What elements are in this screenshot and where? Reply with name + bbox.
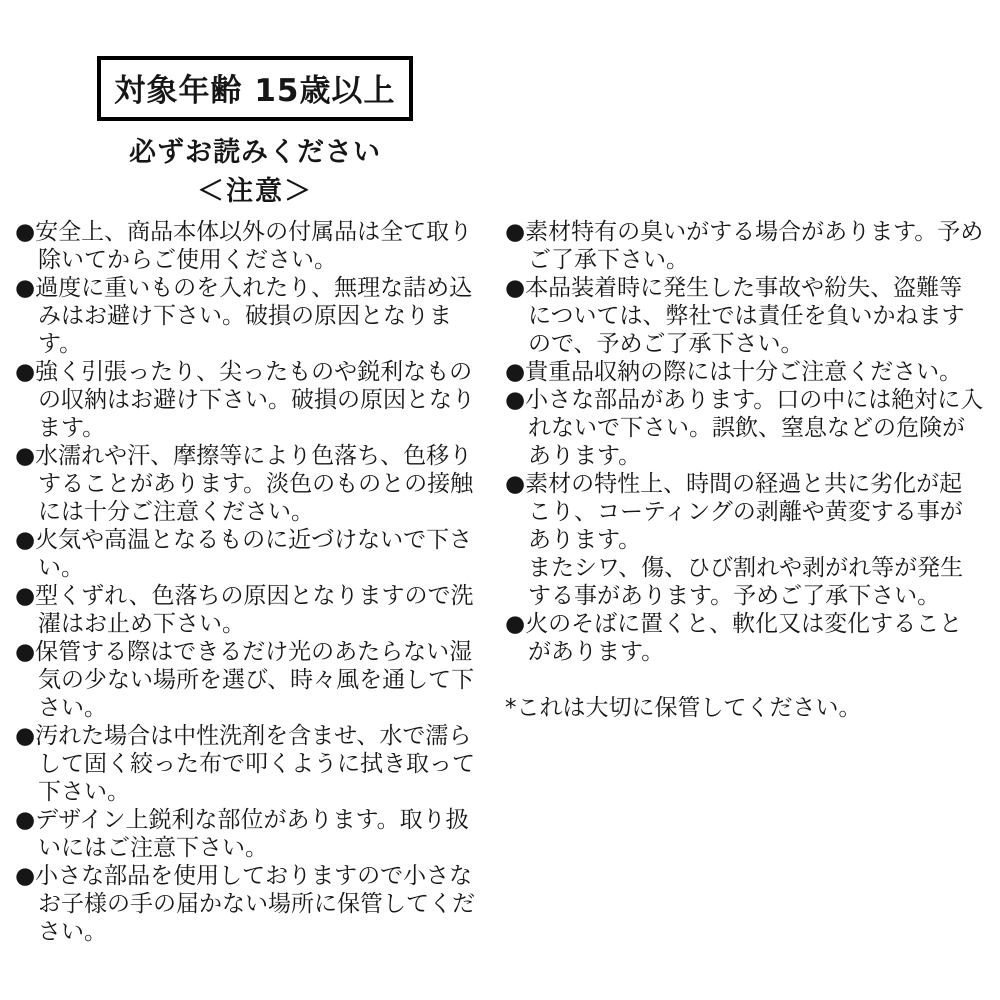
caution-item: ●素材特有の臭いがする場合があります。予めご了承下さい。 xyxy=(505,218,985,274)
caution-item: ●デザイン上鋭利な部位があります。取り扱いにはご注意下さい。 xyxy=(15,806,487,862)
caution-item: ●素材の特性上、時間の経過と共に劣化が起こり、コーティングの剥離や黄変する事があ… xyxy=(505,470,985,610)
caution-column-right: ●素材特有の臭いがする場合があります。予めご了承下さい。 ●本品装着時に発生した… xyxy=(505,218,985,946)
keep-safe-footnote: *これは大切に保管してください。 xyxy=(505,694,985,722)
caution-item: ●火のそばに置くと、軟化又は変化することがあります。 xyxy=(505,610,985,666)
caution-heading: ＜注意＞ xyxy=(0,169,510,208)
caution-item: ●火気や高温となるものに近づけないで下さい。 xyxy=(15,526,487,582)
caution-item: ●小さな部品を使用しておりますので小さなお子様の手の届かない場所に保管してくださ… xyxy=(15,862,487,946)
caution-item: ●保管する際はできるだけ光のあたらない湿気の少ない場所を選び、時々風を通して下さ… xyxy=(15,638,487,722)
caution-item: ●貴重品収納の際には十分ご注意ください。 xyxy=(505,358,985,386)
target-age-box: 対象年齢 15歳以上 xyxy=(97,56,414,121)
caution-item: ●小さな部品があります。口の中には絶対に入れないで下さい。誤飲、窒息などの危険が… xyxy=(505,386,985,470)
caution-item: ●型くずれ、色落ちの原因となりますので洗濯はお止め下さい。 xyxy=(15,582,487,638)
caution-label-page: 対象年齢 15歳以上 必ずお読みください ＜注意＞ ●安全上、商品本体以外の付属… xyxy=(0,0,1000,1000)
caution-column-left: ●安全上、商品本体以外の付属品は全て取り除いてからご使用ください。 ●過度に重い… xyxy=(15,218,487,946)
caution-columns: ●安全上、商品本体以外の付属品は全て取り除いてからご使用ください。 ●過度に重い… xyxy=(0,218,1000,946)
caution-item: ●汚れた場合は中性洗剤を含ませ、水で濡らして固く絞った布で叩くように拭き取って下… xyxy=(15,722,487,806)
caution-item: ●強く引張ったり、尖ったものや鋭利なものの収納はお避け下さい。破損の原因となりま… xyxy=(15,358,487,442)
caution-item: ●本品装着時に発生した事故や紛失、盗難等については、弊社では責任を負いかねますの… xyxy=(505,274,985,358)
header: 対象年齢 15歳以上 必ずお読みください ＜注意＞ xyxy=(0,0,510,208)
caution-item: ●過度に重いものを入れたり、無理な詰め込みはお避け下さい。破損の原因となります。 xyxy=(15,274,487,358)
caution-item: ●安全上、商品本体以外の付属品は全て取り除いてからご使用ください。 xyxy=(15,218,487,274)
caution-item: ●水濡れや汗、摩擦等により色落ち、色移りすることがあります。淡色のものとの接触に… xyxy=(15,442,487,526)
must-read-heading: 必ずお読みください xyxy=(0,130,510,169)
